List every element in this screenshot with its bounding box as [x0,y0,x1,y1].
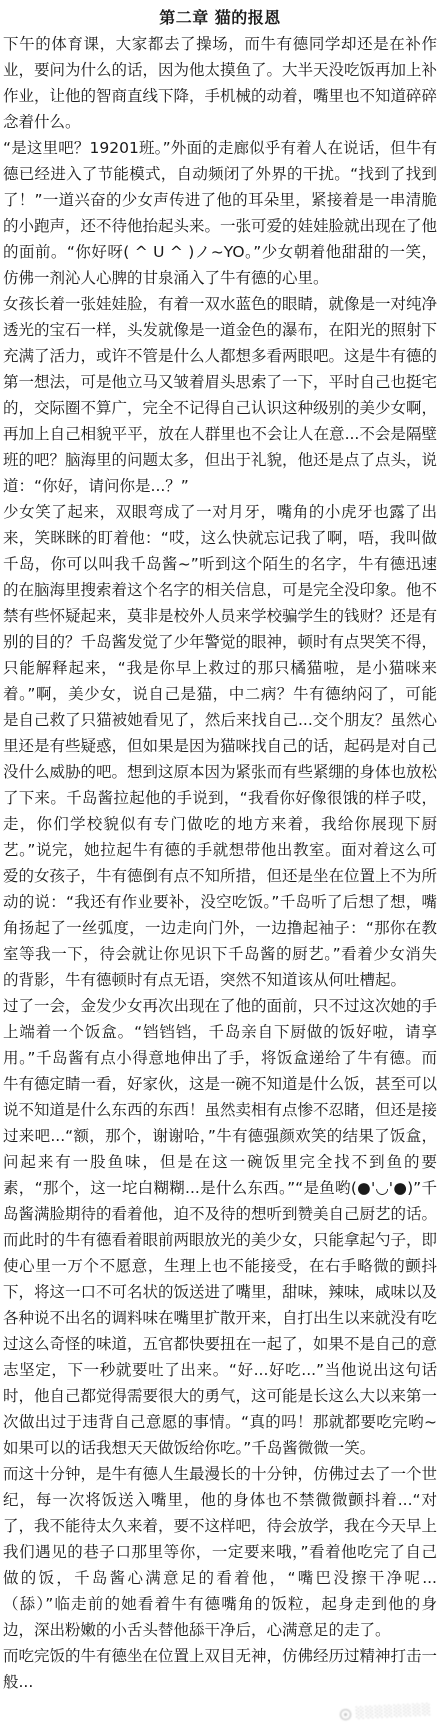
story-paragraph: 过了一会，金发少女再次出现在了他的面前，只不过这次她的手上端着一个饭盒。“铛铛铛… [3,993,437,1461]
story-paragraph: 少女笑了起来，双眼弯成了一对月牙，嘴角的小虎牙也露了出来，笑眯眯的盯着他：“哎，… [3,499,437,993]
chapter-title: 第二章 猫的报恩 [3,5,437,31]
novel-page: 第二章 猫的报恩 下午的体育课，大家都去了操场，而牛有德同学却还是在补作业，要问… [0,0,440,1725]
story-paragraph: 下午的体育课，大家都去了操场，而牛有德同学却还是在补作业，要问为什么的话，因为他… [3,31,437,135]
watermark-text: ░░░░░░░░ [356,1703,432,1721]
chapter-body: 下午的体育课，大家都去了操场，而牛有德同学却还是在补作业，要问为什么的话，因为他… [3,31,437,1695]
story-paragraph: 而吃完饭的牛有德坐在位置上双目无神，仿佛经历过精神打击一般... [3,1643,437,1695]
story-paragraph: 女孩长着一张娃娃脸，有着一双水蓝色的眼睛，就像是一对纯净透光的宝石一样，头发就像… [3,291,437,499]
story-paragraph: 而这十分钟，是牛有德人生最漫长的十分钟，仿佛过去了一个世纪，每一次将饭送入嘴里，… [3,1461,437,1643]
weibo-logo-icon [339,1707,353,1721]
watermark: ░░░░░░░░ [339,1703,432,1722]
story-paragraph: “是这里吧？19201班。”外面的走廊似乎有着人在说话，但牛有德已经进入了节能模… [3,135,437,291]
